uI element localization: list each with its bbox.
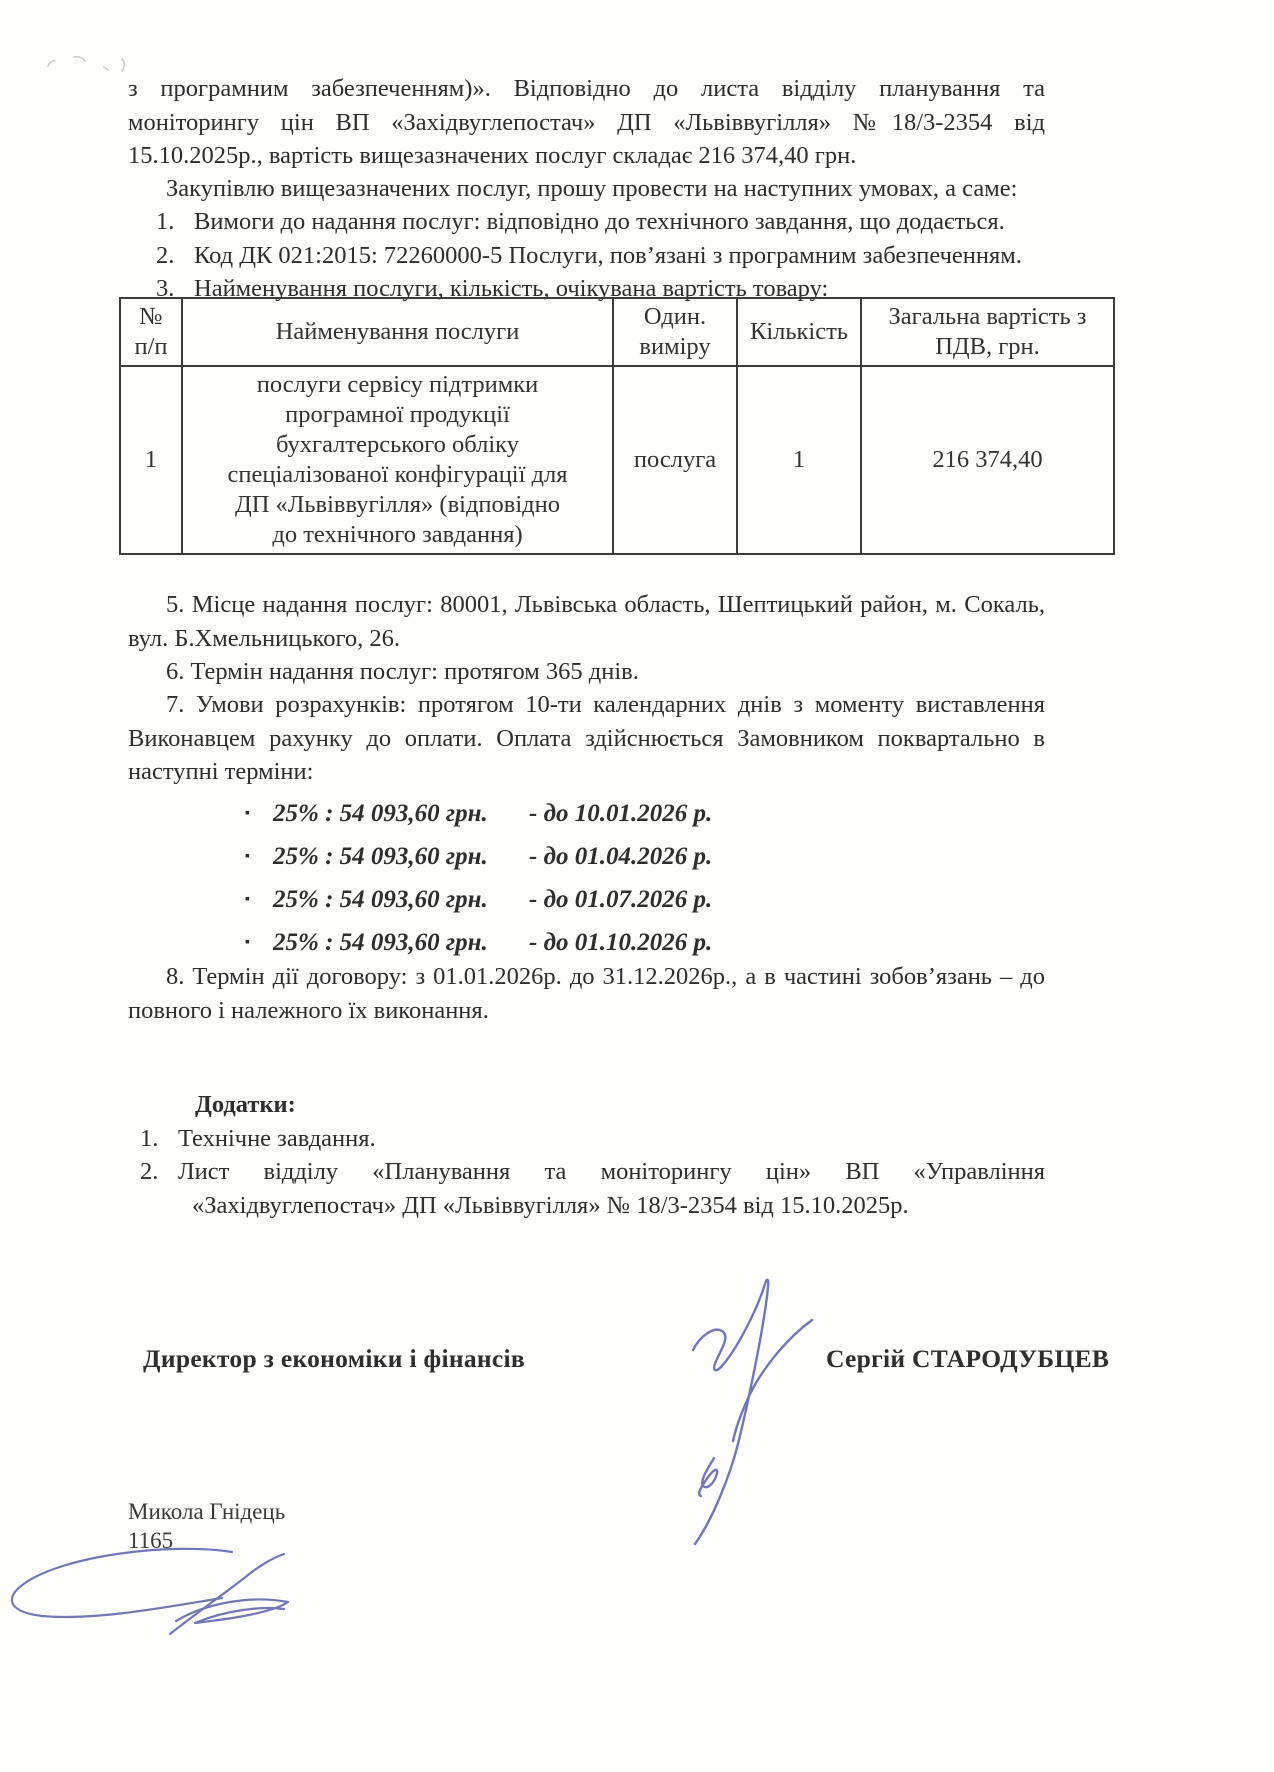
condition-text: Вимоги до надання послуг: відповідно до … [194, 205, 1045, 239]
section-item7: 7. Умови розрахунків: протягом 10-ти кал… [128, 688, 1045, 789]
condition-number: 1. [156, 205, 194, 239]
table-row: 1 послуги сервісу підтримки програмної п… [120, 366, 1114, 554]
table-header-num: № п/п [120, 298, 182, 366]
table-header-row: № п/п Найменування послуги Один. виміру … [120, 298, 1114, 366]
condition-number: 2. [156, 239, 194, 273]
attachment-text: Лист відділу «Планування та моніторингу … [178, 1155, 1045, 1222]
payment-amount: 25% : 54 093,60 грн. [273, 840, 529, 874]
executor-phone: 1165 [128, 1526, 285, 1555]
table-cell-num: 1 [120, 366, 182, 554]
payment-list: ▪ 25% : 54 093,60 грн. - до 10.01.2026 р… [128, 797, 712, 969]
condition-item: 1. Вимоги до надання послуг: відповідно … [156, 205, 1045, 239]
signatory-name: Сергій СТАРОДУБЦЕВ [826, 1342, 1109, 1376]
condition-text: Код ДК 021:2015: 72260000-5 Послуги, пов… [194, 239, 1045, 273]
payment-due-date: - до 01.04.2026 р. [529, 840, 712, 874]
payment-item: ▪ 25% : 54 093,60 грн. - до 01.07.2026 р… [245, 883, 712, 926]
table-cell-name: послуги сервісу підтримки програмної про… [182, 366, 613, 554]
condition-item: 2. Код ДК 021:2015: 72260000-5 Послуги, … [156, 239, 1045, 273]
attachment-number: 1. [140, 1122, 178, 1156]
table-header-qty: Кількість [737, 298, 861, 366]
table-cell-qty: 1 [737, 366, 861, 554]
payment-item: ▪ 25% : 54 093,60 грн. - до 10.01.2026 р… [245, 797, 712, 840]
attachments-section: Додатки: 1. Технічне завдання. 2. Лист в… [128, 1088, 1045, 1222]
payment-amount: 25% : 54 093,60 грн. [273, 797, 529, 831]
services-table: № п/п Найменування послуги Один. виміру … [119, 297, 1115, 555]
conditions-list: 1. Вимоги до надання послуг: відповідно … [128, 205, 1045, 306]
section-item8: 8. Термін дії договору: з 01.01.2026р. д… [128, 960, 1045, 1027]
attachment-number: 2. [140, 1155, 178, 1222]
square-bullet-icon: ▪ [245, 840, 273, 874]
payment-due-date: - до 01.07.2026 р. [529, 883, 712, 917]
payment-amount: 25% : 54 093,60 грн. [273, 926, 529, 960]
square-bullet-icon: ▪ [245, 797, 273, 831]
director-signature [600, 1268, 840, 1568]
attachment-text-line: «Західвуглепостач» ДП «Львіввугілля» № 1… [178, 1189, 1045, 1223]
payment-due-date: - до 01.10.2026 р. [529, 926, 712, 960]
service-name-text: послуги сервісу підтримки програмної про… [222, 370, 574, 550]
square-bullet-icon: ▪ [245, 883, 273, 917]
request-paragraph: Закупівлю вищезазначених послуг, прошу п… [128, 172, 1045, 206]
attachment-item: 1. Технічне завдання. [140, 1122, 1045, 1156]
scanned-document-page: з програмним забезпеченням)». Відповідно… [0, 0, 1274, 1772]
payment-amount: 25% : 54 093,60 грн. [273, 883, 529, 917]
attachment-item: 2. Лист відділу «Планування та моніторин… [140, 1155, 1045, 1222]
table-header-unit: Один. виміру [613, 298, 737, 366]
executor-signature [0, 1540, 320, 1670]
signatory-position: Директор з економіки і фінансів [143, 1342, 525, 1376]
section-item5: 5. Місце надання послуг: 80001, Львівськ… [128, 588, 1045, 655]
square-bullet-icon: ▪ [245, 926, 273, 960]
table-header-total: Загальна вартість з ПДВ, грн. [861, 298, 1114, 366]
payment-due-date: - до 10.01.2026 р. [529, 797, 712, 831]
attachments-title: Додатки: [195, 1088, 1045, 1122]
table-cell-unit: послуга [613, 366, 737, 554]
table-cell-total: 216 374,40 [861, 366, 1114, 554]
payment-item: ▪ 25% : 54 093,60 грн. - до 01.04.2026 р… [245, 840, 712, 883]
table-header-name: Найменування послуги [182, 298, 613, 366]
attachment-text-line: Лист відділу «Планування та моніторингу … [178, 1155, 1045, 1189]
attachment-text: Технічне завдання. [178, 1122, 1045, 1156]
section-item6: 6. Термін надання послуг: протягом 365 д… [128, 655, 1045, 689]
executor-block: Микола Гнідець 1165 [128, 1497, 285, 1555]
executor-name: Микола Гнідець [128, 1497, 285, 1526]
intro-paragraph: з програмним забезпеченням)». Відповідно… [128, 72, 1045, 173]
